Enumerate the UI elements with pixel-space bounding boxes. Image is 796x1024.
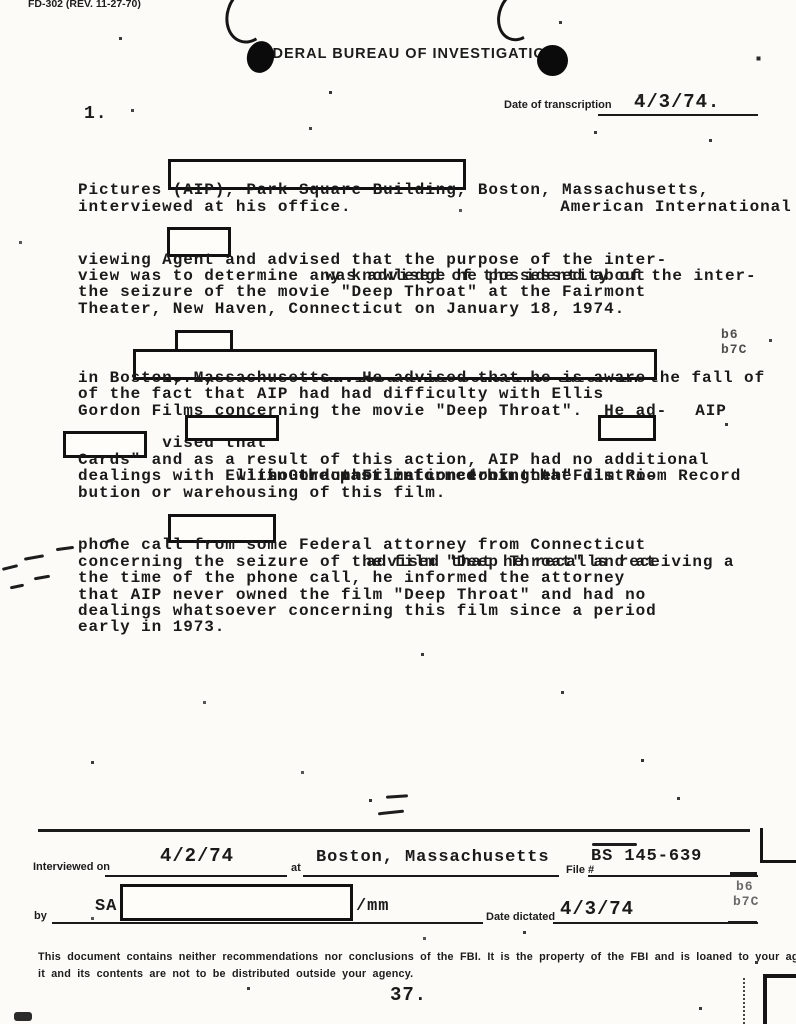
text-line: dealings with Ellis Gordon Films concern… [78,468,748,484]
text-line: concerning the seizure of the film "Deep… [78,554,748,570]
ink-blob [244,38,278,76]
paragraph-4: advised that he recalls receiving a phon… [78,521,748,636]
text-line: the time of the phone call, he informed … [78,570,748,586]
text-line: vised that in the past informed him that [78,419,748,435]
paragraph-2: was advised of the identity of the inter… [78,235,748,317]
date-dictated-value: 4/3/74 [560,898,634,920]
form-underline [303,875,559,877]
text-line: American International [78,166,748,182]
pencil-mark [378,810,404,816]
pencil-mark [24,554,44,560]
text-line: without authorization took the "Film Roo… [78,435,748,451]
scan-artifact-arc [218,0,280,50]
text-line: Cards" and as a result of this action, A… [78,452,748,468]
paragraph-3: advised that sometime later in the fall … [78,337,748,501]
scan-artifact-dotted-line [743,978,745,1024]
text-line: early in 1973. [78,619,748,635]
ink-blob [537,45,568,76]
exemption-code-b7c: b7C [733,894,759,909]
date-of-transcription-label: Date of transcription [504,99,612,111]
scan-artifact-corner [760,828,796,863]
form-underline [598,114,758,116]
redaction-box [120,884,353,921]
exemption-code-b7c: b7C [721,342,747,357]
document-page: FD-302 (REV. 11-27-70) FEDERAL BUREAU OF… [0,0,796,1024]
document-title: FEDERAL BUREAU OF INVESTIGATION [252,46,557,62]
agent-suffix: /mm [356,897,389,916]
exemption-code-b6: b6 [721,327,739,342]
interviewed-on-value: 4/2/74 [160,845,234,867]
location-value: Boston, Massachusetts [316,848,550,867]
scan-noise [0,0,1,1]
file-number-value: BS 145-639 [591,847,702,866]
text-line: Pictures (AIP), Park Square Building, Bo… [78,182,748,198]
text-line: view was to determine any knowledge he p… [78,268,748,284]
form-number: FD-302 (REV. 11-27-70) [28,0,141,10]
text-line: viewing Agent and advised that the purpo… [78,252,748,268]
pencil-mark [592,843,637,846]
pencil-mark [386,794,408,799]
text-line: dealings whatsoever concerning this film… [78,603,748,619]
text-line: advised that he recalls receiving a [78,521,748,537]
pencil-mark [2,564,18,571]
document-body: American International Pictures (AIP), P… [78,166,748,656]
pencil-mark [10,584,24,590]
pencil-mark [34,575,50,581]
text-line: bution or warehousing of this film. [78,485,748,501]
form-underline [588,875,758,877]
text-line: the seizure of the movie "Deep Throat" a… [78,284,748,300]
text-line: phone call from some Federal attorney fr… [78,537,748,553]
text-line: that AIP never owned the film "Deep Thro… [78,587,748,603]
exemption-code-b6: b6 [736,879,754,894]
text-line: in Boston, Massachusetts. He advised tha… [78,370,748,386]
paragraph-1: American International Pictures (AIP), P… [78,166,748,215]
by-label: by [34,910,47,922]
form-underline [52,922,483,924]
margin-rule [730,872,757,875]
margin-rule [728,921,757,924]
form-underline [105,875,287,877]
scan-artifact-arc [489,0,548,48]
at-label: at [291,862,301,874]
date-of-transcription-value: 4/3/74. [634,91,720,113]
date-dictated-label: Date dictated [486,911,555,923]
page-marker: 1. [84,104,107,124]
page-number: 37. [390,984,427,1006]
pencil-mark [56,546,74,551]
footer-divider [38,829,750,832]
disclaimer-line-1: This document contains neither recommend… [38,951,796,963]
scan-artifact-corner [763,974,796,1024]
text-line: of the fact that AIP had had difficulty … [78,386,748,402]
disclaimer-line-2: it and its contents are not to be distri… [38,968,413,980]
interviewed-on-label: Interviewed on [33,861,110,873]
text-line: interviewed at his office. [78,199,748,215]
text-line: Theater, New Haven, Connecticut on Janua… [78,301,748,317]
agent-prefix: SA [95,897,117,916]
text-line: 1973, AIP [78,354,748,370]
text-line: was advised of the identity of the inter… [78,235,748,251]
scan-artifact-smudge [14,1012,32,1021]
